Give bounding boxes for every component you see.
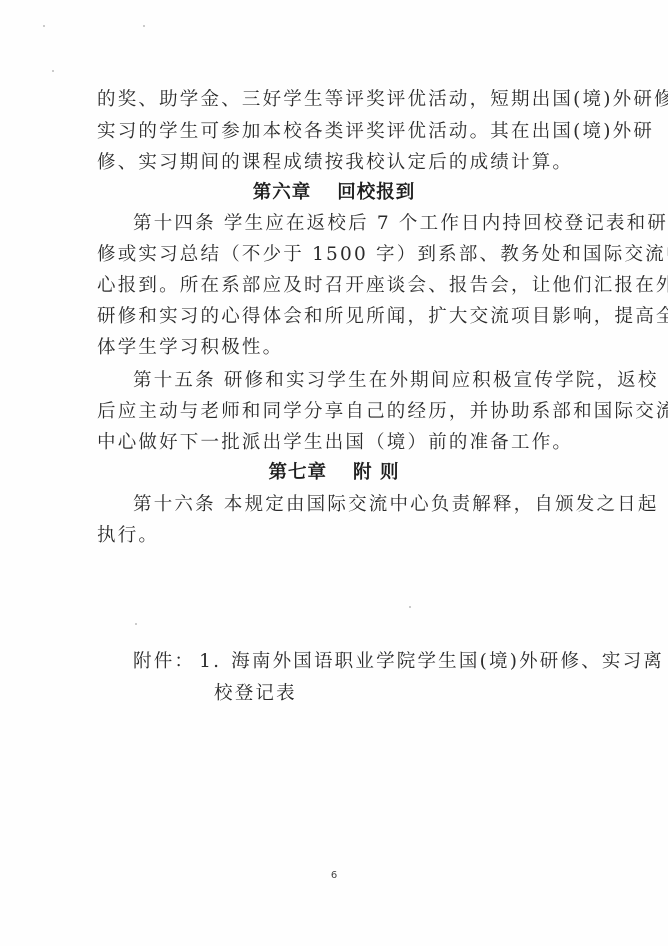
document-page: 的奖、助学金、三好学生等评奖评优活动，短期出国(境)外研修、 实习的学生可参加本… [0, 0, 668, 946]
chapter-title: 附 则 [353, 462, 399, 483]
article-14-line: 研修和实习的心得体会和所见所闻，扩大交流项目影响，提高全 [97, 305, 597, 329]
chapter-heading-6: 第六章回校报到 [0, 181, 668, 205]
article-16-line: 执行。 [97, 524, 597, 548]
attachment-line-2: 校登记表 [214, 682, 297, 706]
paragraph-line: 修、实习期间的课程成绩按我校认定后的成绩计算。 [97, 151, 597, 175]
page-number: 6 [0, 870, 668, 881]
article-14-line: 心报到。所在系部应及时召开座谈会、报告会，让他们汇报在外 [97, 274, 597, 298]
scan-speck [409, 606, 411, 608]
article-14-line: 修或实习总结（不少于 1500 字）到系部、教务处和国际交流中 [97, 243, 597, 267]
article-15-line: 后应主动与老师和同学分享自己的经历，并协助系部和国际交流 [97, 400, 597, 424]
paragraph-line: 实习的学生可参加本校各类评奖评优活动。其在出国(境)外研 [97, 120, 597, 144]
scan-speck [135, 623, 137, 625]
paragraph-line: 的奖、助学金、三好学生等评奖评优活动，短期出国(境)外研修、 [97, 88, 597, 112]
chapter-heading-7: 第七章附 则 [0, 461, 668, 485]
attachment-line-1: 附件：1.海南外国语职业学院学生国(境)外研修、实习离 [133, 650, 664, 674]
article-14-line: 体学生学习积极性。 [97, 336, 597, 360]
attachment-title: 海南外国语职业学院学生国(境)外研修、实习离 [231, 651, 664, 672]
attachment-label: 附件： [133, 651, 195, 672]
article-16-line: 第十六条 本规定由国际交流中心负责解释，自颁发之日起 [133, 493, 597, 517]
chapter-title: 回校报到 [337, 182, 415, 203]
chapter-number: 第七章 [269, 462, 328, 483]
scan-speck [52, 70, 54, 72]
scan-speck [43, 25, 45, 27]
article-15-line: 第十五条 研修和实习学生在外期间应积极宣传学院，返校 [133, 369, 597, 393]
article-14-line: 第十四条 学生应在返校后 7 个工作日内持回校登记表和研 [133, 212, 597, 236]
scan-speck [143, 25, 145, 27]
chapter-number: 第六章 [253, 182, 312, 203]
attachment-index: 1. [199, 651, 221, 672]
article-15-line: 中心做好下一批派出学生出国（境）前的准备工作。 [97, 431, 597, 455]
